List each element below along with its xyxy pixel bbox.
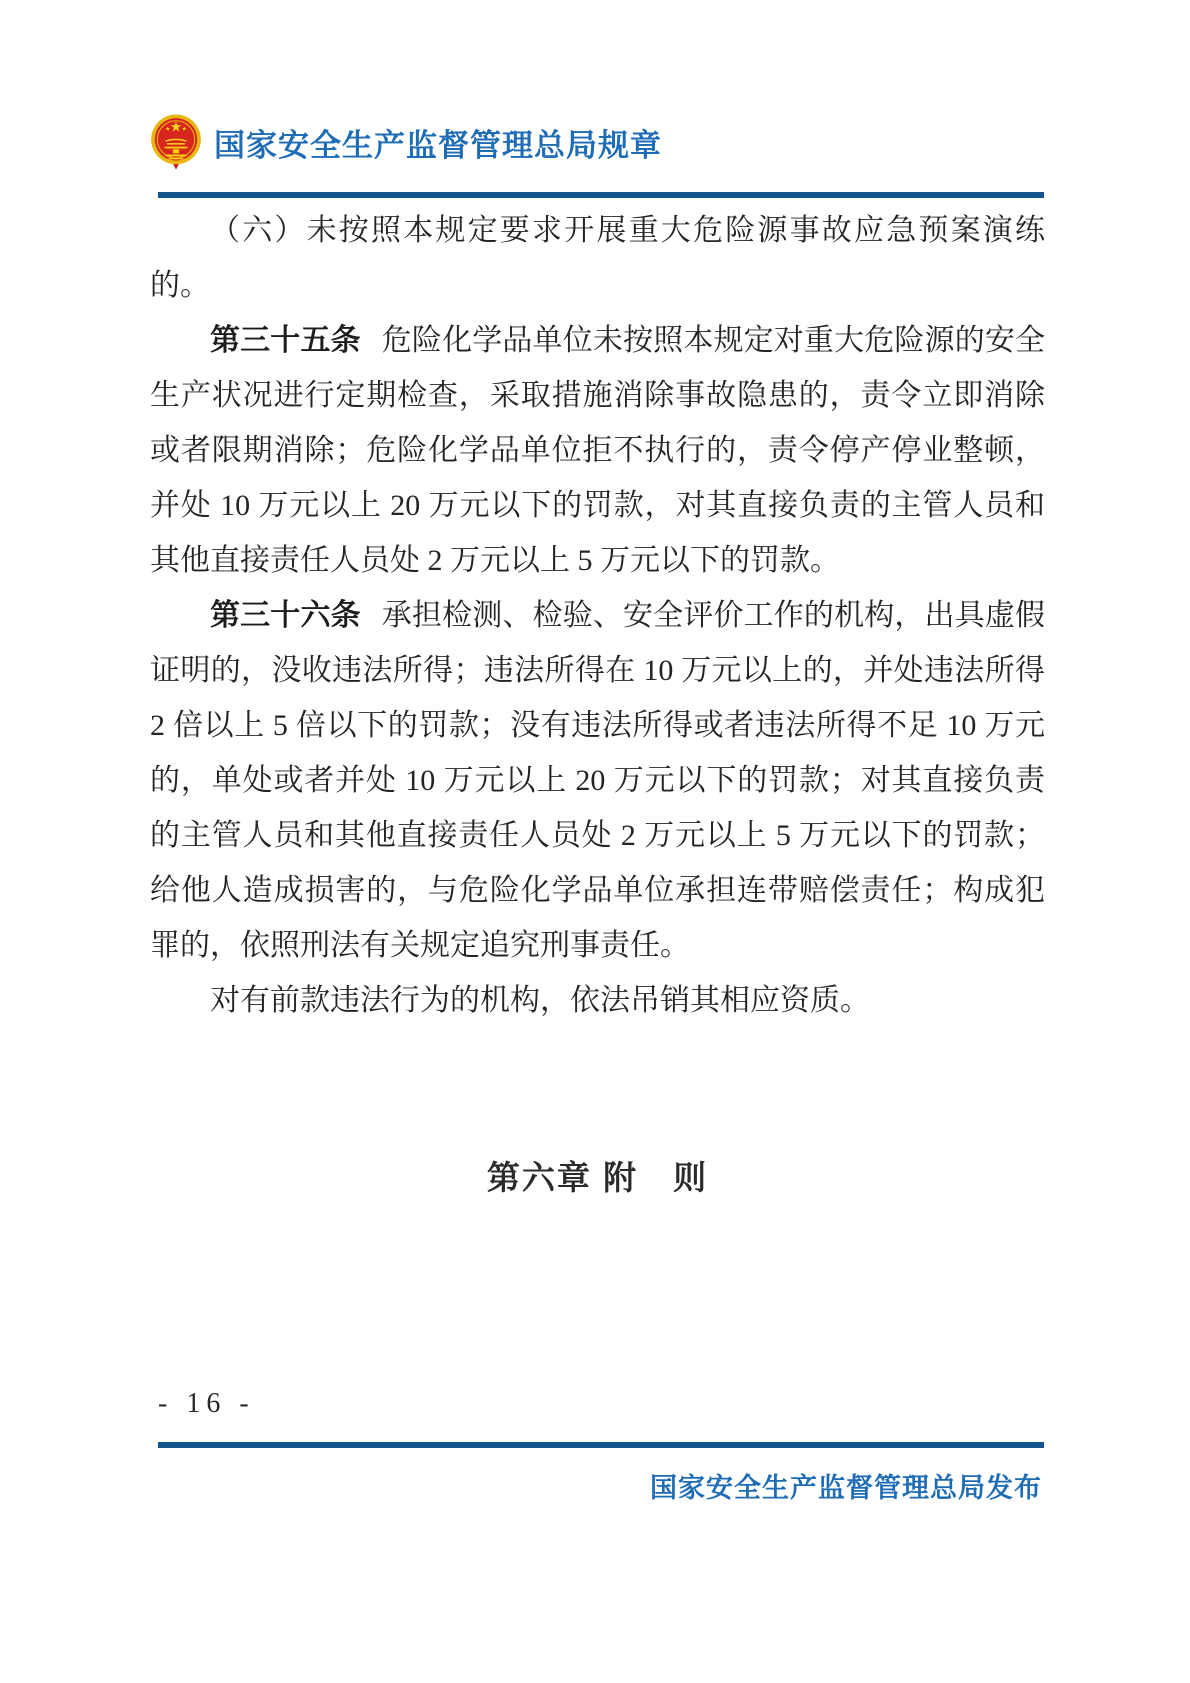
document-page: 国家安全生产监督管理总局规章 （六）未按照本规定要求开展重大危险源事故应急预案演…	[0, 0, 1190, 1683]
document-body: （六）未按照本规定要求开展重大危险源事故应急预案演练的。 第三十五条危险化学品单…	[150, 203, 1045, 1205]
paragraph-article-35: 第三十五条危险化学品单位未按照本规定对重大危险源的安全生产状况进行定期检查，采取…	[150, 313, 1045, 588]
china-national-emblem-icon	[150, 114, 202, 170]
page-title: 国家安全生产监督管理总局规章	[214, 120, 662, 165]
paragraph-text: （六）未按照本规定要求开展重大危险源事故应急预案演练的。	[150, 214, 1045, 302]
header-divider	[158, 192, 1044, 198]
page-header: 国家安全生产监督管理总局规章	[150, 114, 662, 170]
article-36-label: 第三十六条	[210, 599, 361, 632]
footer-divider	[158, 1442, 1044, 1448]
paragraph-text: 危险化学品单位未按照本规定对重大危险源的安全生产状况进行定期检查，采取措施消除事…	[150, 324, 1045, 577]
paragraph-item-6: （六）未按照本规定要求开展重大危险源事故应急预案演练的。	[150, 203, 1045, 313]
publisher-label: 国家安全生产监督管理总局发布	[650, 1466, 1042, 1505]
paragraph-text: 对有前款违法行为的机构，依法吊销其相应资质。	[210, 984, 870, 1017]
chapter-6-heading: 第六章 附 则	[150, 1150, 1045, 1205]
article-35-label: 第三十五条	[210, 324, 361, 357]
paragraph-revoke-qualification: 对有前款违法行为的机构，依法吊销其相应资质。	[150, 973, 1045, 1028]
paragraph-article-36: 第三十六条承担检测、检验、安全评价工作的机构，出具虚假证明的，没收违法所得；违法…	[150, 588, 1045, 973]
page-number: - 16 -	[158, 1388, 255, 1420]
paragraph-text: 承担检测、检验、安全评价工作的机构，出具虚假证明的，没收违法所得；违法所得在 1…	[150, 599, 1045, 962]
